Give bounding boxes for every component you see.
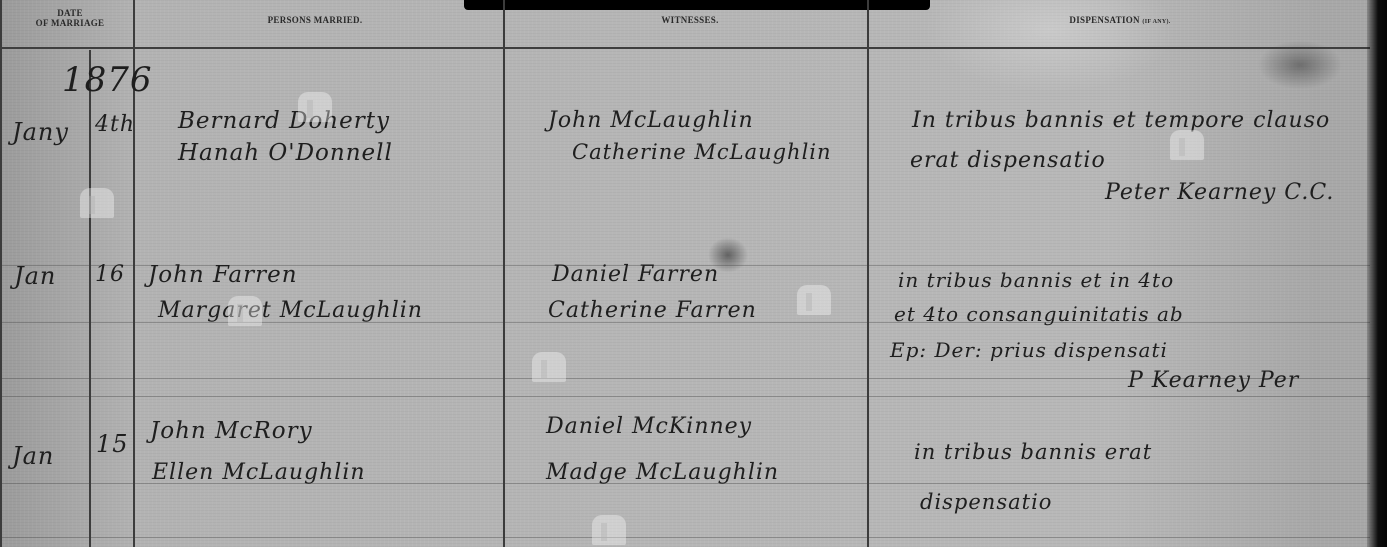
watermark-logo: [532, 352, 566, 382]
header-dispensation: DISPENSATION (IF ANY).: [1000, 15, 1240, 27]
entry-month: Jany: [12, 118, 69, 146]
column-rule-left: [0, 0, 2, 547]
witness-1: Daniel McKinney: [546, 414, 752, 439]
entry-day: 15: [96, 430, 129, 458]
groom-name: John McRory: [150, 418, 313, 444]
watermark-logo: [592, 515, 626, 545]
column-rule-month-day: [89, 50, 91, 547]
top-black-bar: [464, 0, 930, 10]
header-date-line2: OF MARRIAGE: [10, 18, 130, 28]
watermark-logo: [298, 92, 332, 122]
dispensation-line-2: dispensatio: [920, 490, 1052, 514]
bride-name: Ellen McLaughlin: [152, 460, 366, 485]
dispensation-line-2: erat dispensatio: [910, 148, 1106, 173]
column-rule-witnesses: [867, 0, 869, 547]
watermark-logo: [228, 296, 262, 326]
watermark-logo: [80, 188, 114, 218]
witness-1: Daniel Farren: [552, 262, 719, 287]
entry-month: Jan: [12, 442, 54, 470]
header-rule: [0, 47, 1370, 49]
entry-day: 16: [95, 262, 125, 287]
column-rule-persons: [503, 0, 505, 547]
register-page: DATE OF MARRIAGE PERSONS MARRIED. WITNES…: [0, 0, 1387, 547]
dispensation-line-3: Ep: Der: prius dispensati: [890, 338, 1168, 362]
groom-name: Bernard Doherty: [178, 108, 390, 134]
priest-signature: P Kearney Per: [1128, 368, 1299, 393]
header-date: DATE OF MARRIAGE: [10, 8, 130, 28]
year-1876: 1876: [62, 60, 153, 100]
header-date-line1: DATE: [10, 8, 130, 18]
entry-month: Jan: [14, 262, 56, 290]
groom-name: John Farren: [148, 262, 298, 288]
header-persons-married: PERSONS MARRIED.: [200, 15, 430, 25]
witness-2: Madge McLaughlin: [546, 460, 779, 485]
dispensation-line-2: et 4to consanguinitatis ab: [894, 302, 1184, 326]
bride-name: Hanah O'Donnell: [178, 140, 393, 166]
watermark-logo: [797, 285, 831, 315]
dispensation-line-1: in tribus bannis et in 4to: [898, 268, 1174, 292]
header-dispensation-suffix: (IF ANY).: [1142, 19, 1170, 25]
priest-signature: Peter Kearney C.C.: [1105, 180, 1334, 205]
header-dispensation-label: DISPENSATION: [1069, 15, 1139, 25]
ruled-line: [0, 537, 1370, 538]
bride-name: Margaret McLaughlin: [158, 298, 423, 323]
witness-2: Catherine Farren: [548, 298, 757, 323]
watermark-logo: [1170, 130, 1204, 160]
header-witnesses: WITNESSES.: [600, 15, 780, 25]
dispensation-line-1: in tribus bannis erat: [914, 440, 1152, 464]
witness-1: John McLaughlin: [548, 108, 754, 133]
entry-day: 4th: [95, 112, 135, 137]
witness-2: Catherine McLaughlin: [572, 140, 832, 164]
dispensation-line-1: In tribus bannis et tempore clauso: [912, 108, 1330, 133]
scan-edge-shadow: [1367, 0, 1387, 547]
ruled-line: [0, 396, 1370, 397]
